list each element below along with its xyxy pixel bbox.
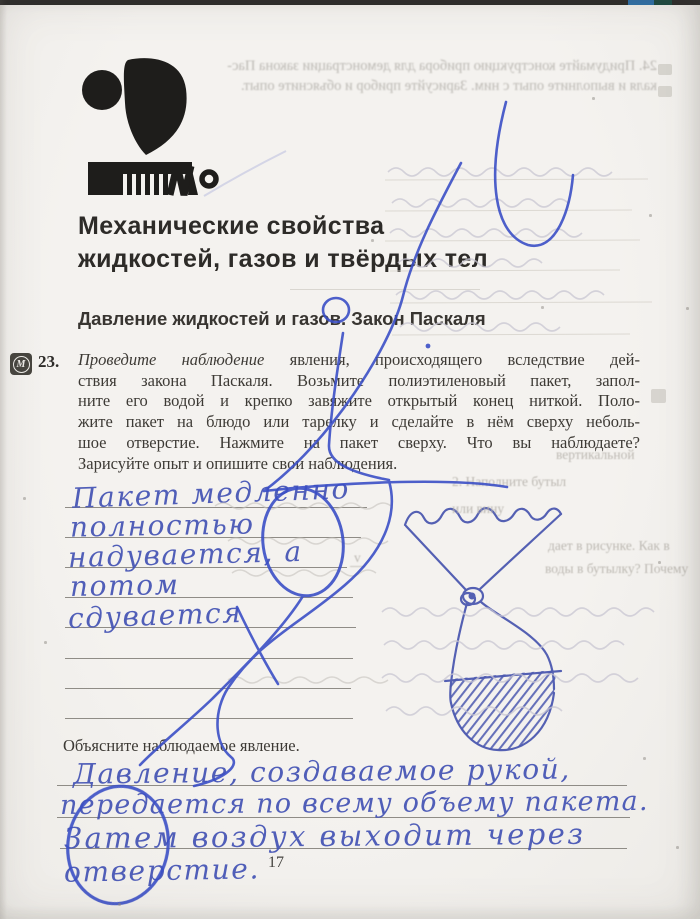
doodle-top-loop (495, 102, 573, 246)
water-hatching (450, 670, 556, 750)
section-title: Давление жидкостей и газов. Закон Паскал… (78, 308, 486, 330)
bleedthrough-mirrored-text: 24. Придумайте конструкцию прибора для д… (95, 56, 657, 96)
bleedthrough-checkmark: v (350, 550, 365, 567)
dust-speck (541, 306, 544, 309)
task-line1-rest: явления, происходящего вследствие дей- (264, 350, 640, 369)
scan-fringe-green (654, 0, 672, 5)
dust-speck (371, 239, 374, 242)
scan-fringe-blue (628, 0, 654, 5)
page-gutter-shadow (0, 0, 7, 919)
ruled-line-bleed (290, 289, 480, 290)
handwritten-explanation: Давление, создаваемое рукой, (73, 752, 571, 790)
bleedthrough-icon-square (651, 389, 666, 403)
bag-neck-left (406, 526, 466, 590)
dust-speck (676, 846, 679, 849)
chapter-title: Механические свойства жидкостей, газов и… (78, 210, 488, 276)
handwritten-observation: надувается, а (68, 535, 304, 574)
chapter-title-line2: жидкостей, газов и твёрдых тел (78, 243, 488, 276)
bleedthrough-line: каля и выполните опыт с ним. Зарисуйте п… (95, 76, 657, 96)
task-text-line: ствия закона Паскаля. Возьмите полиэтиле… (78, 371, 640, 392)
handwritten-explanation: передается по всему объему пакета. (60, 786, 649, 821)
task-number: 23. (38, 352, 59, 372)
string-knot-center (469, 593, 476, 600)
metodics-m-marker-icon: М (10, 353, 32, 375)
dust-speck (44, 641, 47, 644)
bleedthrough-icon-square (658, 64, 672, 75)
bleedthrough-icon-square (658, 86, 672, 97)
answer-line (65, 688, 351, 689)
page-number: 17 (268, 854, 284, 872)
dust-speck (643, 757, 646, 760)
task-text-line: ните его водой и крепко завяжите открыты… (78, 391, 640, 412)
bleedthrough-fragment: дает в рисунке. Как в (548, 538, 670, 554)
m-marker-letter: М (13, 356, 30, 373)
dust-speck (658, 561, 661, 564)
dust-speck (118, 903, 121, 906)
handwritten-explanation: отверстие. (64, 852, 260, 888)
task-text-line: Проведите наблюдение явления, происходящ… (78, 350, 640, 371)
handwritten-explanation: Затем воздух выходит через (64, 817, 586, 856)
chapter-title-line1: Механические свойства (78, 210, 488, 243)
dust-speck (489, 764, 492, 767)
doodle-branch-stroke (237, 607, 278, 684)
dust-speck (649, 214, 652, 217)
task-lead-italic: Проведите наблюдение (78, 350, 264, 369)
dust-speck (686, 307, 689, 310)
dust-speck (23, 497, 26, 500)
doodle-ink-dot (426, 344, 431, 349)
bleedthrough-fragment: вертикальной (556, 447, 635, 463)
workbook-scan-page: Механические свойства жидкостей, газов и… (0, 0, 700, 919)
answer-line (65, 718, 353, 719)
answer-line (65, 658, 353, 659)
bag-experiment-sketch (393, 497, 643, 759)
task-text-line: жите пакет на блюдо или тарелку и сделай… (78, 412, 640, 433)
bleedthrough-fragment: 2. Наполните бутыл (452, 474, 566, 490)
explain-prompt: Объясните наблюдаемое явление. (63, 736, 300, 756)
scan-top-edge (0, 0, 700, 5)
dust-speck (592, 97, 595, 100)
bleedthrough-fragment: или вину (452, 501, 504, 517)
bleedthrough-fragment: воды в бутылку? Почему (545, 561, 688, 577)
handwritten-observation: сдувается (67, 596, 242, 635)
bleedthrough-line: 24. Придумайте конструкцию прибора для д… (95, 56, 657, 76)
